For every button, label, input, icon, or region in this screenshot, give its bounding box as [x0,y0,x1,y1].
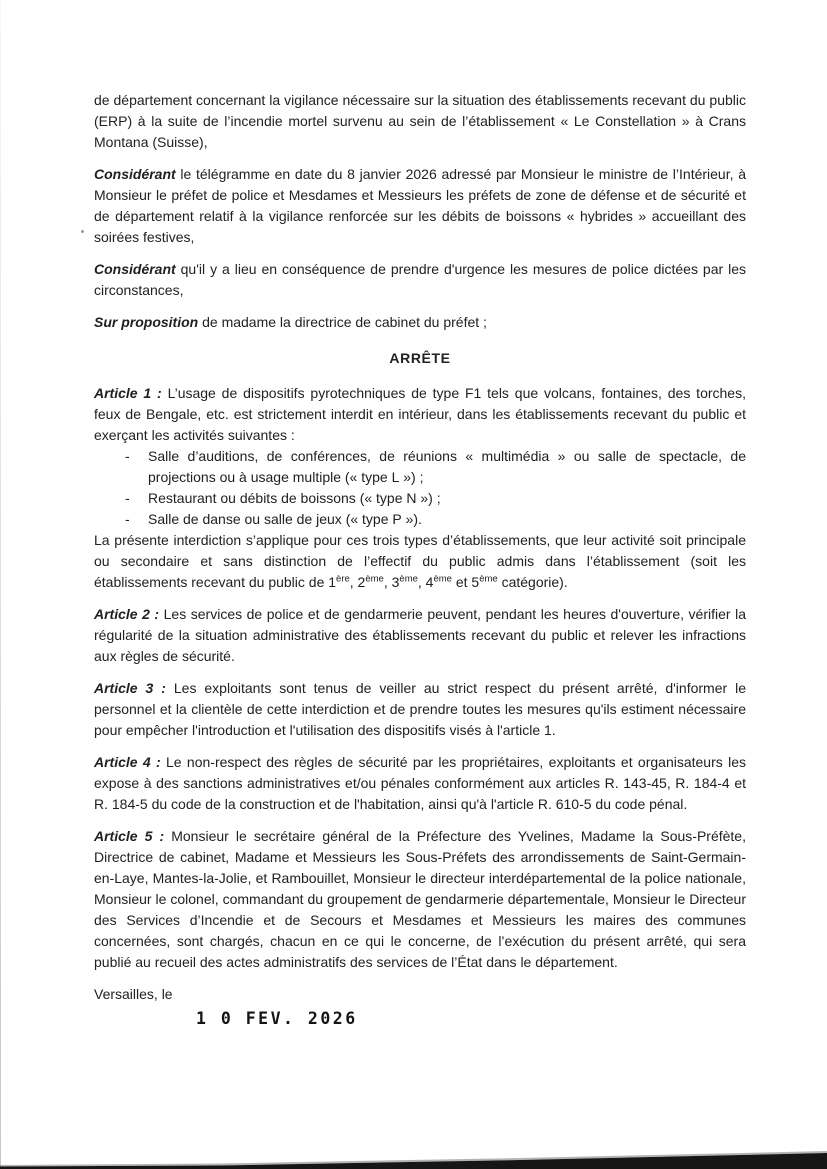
list-item-text: Salle de danse ou salle de jeux (« type … [148,509,746,530]
article-2-text: Les services de police et de gendarmerie… [94,606,746,664]
superscript: ère [336,573,350,584]
list-item: -Restaurant ou débits de boissons (« typ… [94,488,746,509]
list-dash: - [125,509,148,530]
continuation-text: catégorie). [498,574,568,590]
continuation-text: , 4 [418,574,434,590]
list-item-text: Restaurant ou débits de boissons (« type… [148,488,746,509]
paragraph-article-4: Article 4 : Le non-respect des règles de… [94,752,746,815]
list-item: -Salle d’auditions, de conférences, de r… [94,446,746,488]
paragraph-sur-proposition: Sur proposition de madame la directrice … [94,312,746,333]
article-5-lead: Article 5 : [94,828,164,844]
superscript: ème [433,573,451,584]
superscript: ème [365,573,383,584]
superscript: ème [479,573,497,584]
paragraph-article-3: Article 3 : Les exploitants sont tenus d… [94,678,746,741]
article-1-block: Article 1 : L’usage de dispositifs pyrot… [94,383,746,593]
considerant-2-lead: Considérant [94,261,176,277]
scanned-document-page: de département concernant la vigilance n… [0,0,827,1169]
paragraph-article-1-continuation: La présente interdiction s’applique pour… [94,530,746,593]
scan-edge-left [0,0,1,1169]
paragraph-intro: de département concernant la vigilance n… [94,90,746,153]
list-item: -Salle de danse ou salle de jeux (« type… [94,509,746,530]
list-item-text: Salle d’auditions, de conférences, de ré… [148,446,746,488]
arrete-heading: ARRÊTE [94,348,746,369]
paragraph-considerant-2: Considérant qu'il y a lieu en conséquenc… [94,259,746,301]
list-dash: - [125,446,148,488]
paragraph-article-1: Article 1 : L’usage de dispositifs pyrot… [94,383,746,446]
article-1-lead: Article 1 : [94,385,162,401]
scan-shadow-bottom [0,1149,827,1169]
article-4-text: Le non-respect des règles de sécurité pa… [94,754,746,812]
closing-place: Versailles, le [94,984,746,1005]
considerant-1-text: le télégramme en date du 8 janvier 2026 … [94,166,746,245]
date-stamp: 1 0 FEV. 2026 [196,1008,746,1029]
considerant-2-text: qu'il y a lieu en conséquence de prendre… [94,261,746,298]
document-content: de département concernant la vigilance n… [94,90,746,1029]
considerant-1-lead: Considérant [94,166,176,182]
continuation-text: et 5 [452,574,479,590]
continuation-text: , 3 [384,574,400,590]
superscript: ème [399,573,417,584]
scan-speck [81,230,84,233]
article-3-lead: Article 3 : [94,680,166,696]
article-1-text: L’usage de dispositifs pyrotechniques de… [94,385,746,443]
continuation-text: , 2 [350,574,366,590]
sur-proposition-text: de madame la directrice de cabinet du pr… [198,314,487,330]
article-1-list: -Salle d’auditions, de conférences, de r… [94,446,746,530]
paragraph-considerant-1: Considérant le télégramme en date du 8 j… [94,164,746,248]
article-5-text: Monsieur le secrétaire général de la Pré… [94,828,746,970]
article-4-lead: Article 4 : [94,754,161,770]
article-3-text: Les exploitants sont tenus de veiller au… [94,680,746,738]
article-2-lead: Article 2 : [94,606,159,622]
sur-proposition-lead: Sur proposition [94,314,198,330]
paragraph-article-5: Article 5 : Monsieur le secrétaire génér… [94,826,746,973]
paragraph-article-2: Article 2 : Les services de police et de… [94,604,746,667]
list-dash: - [125,488,148,509]
